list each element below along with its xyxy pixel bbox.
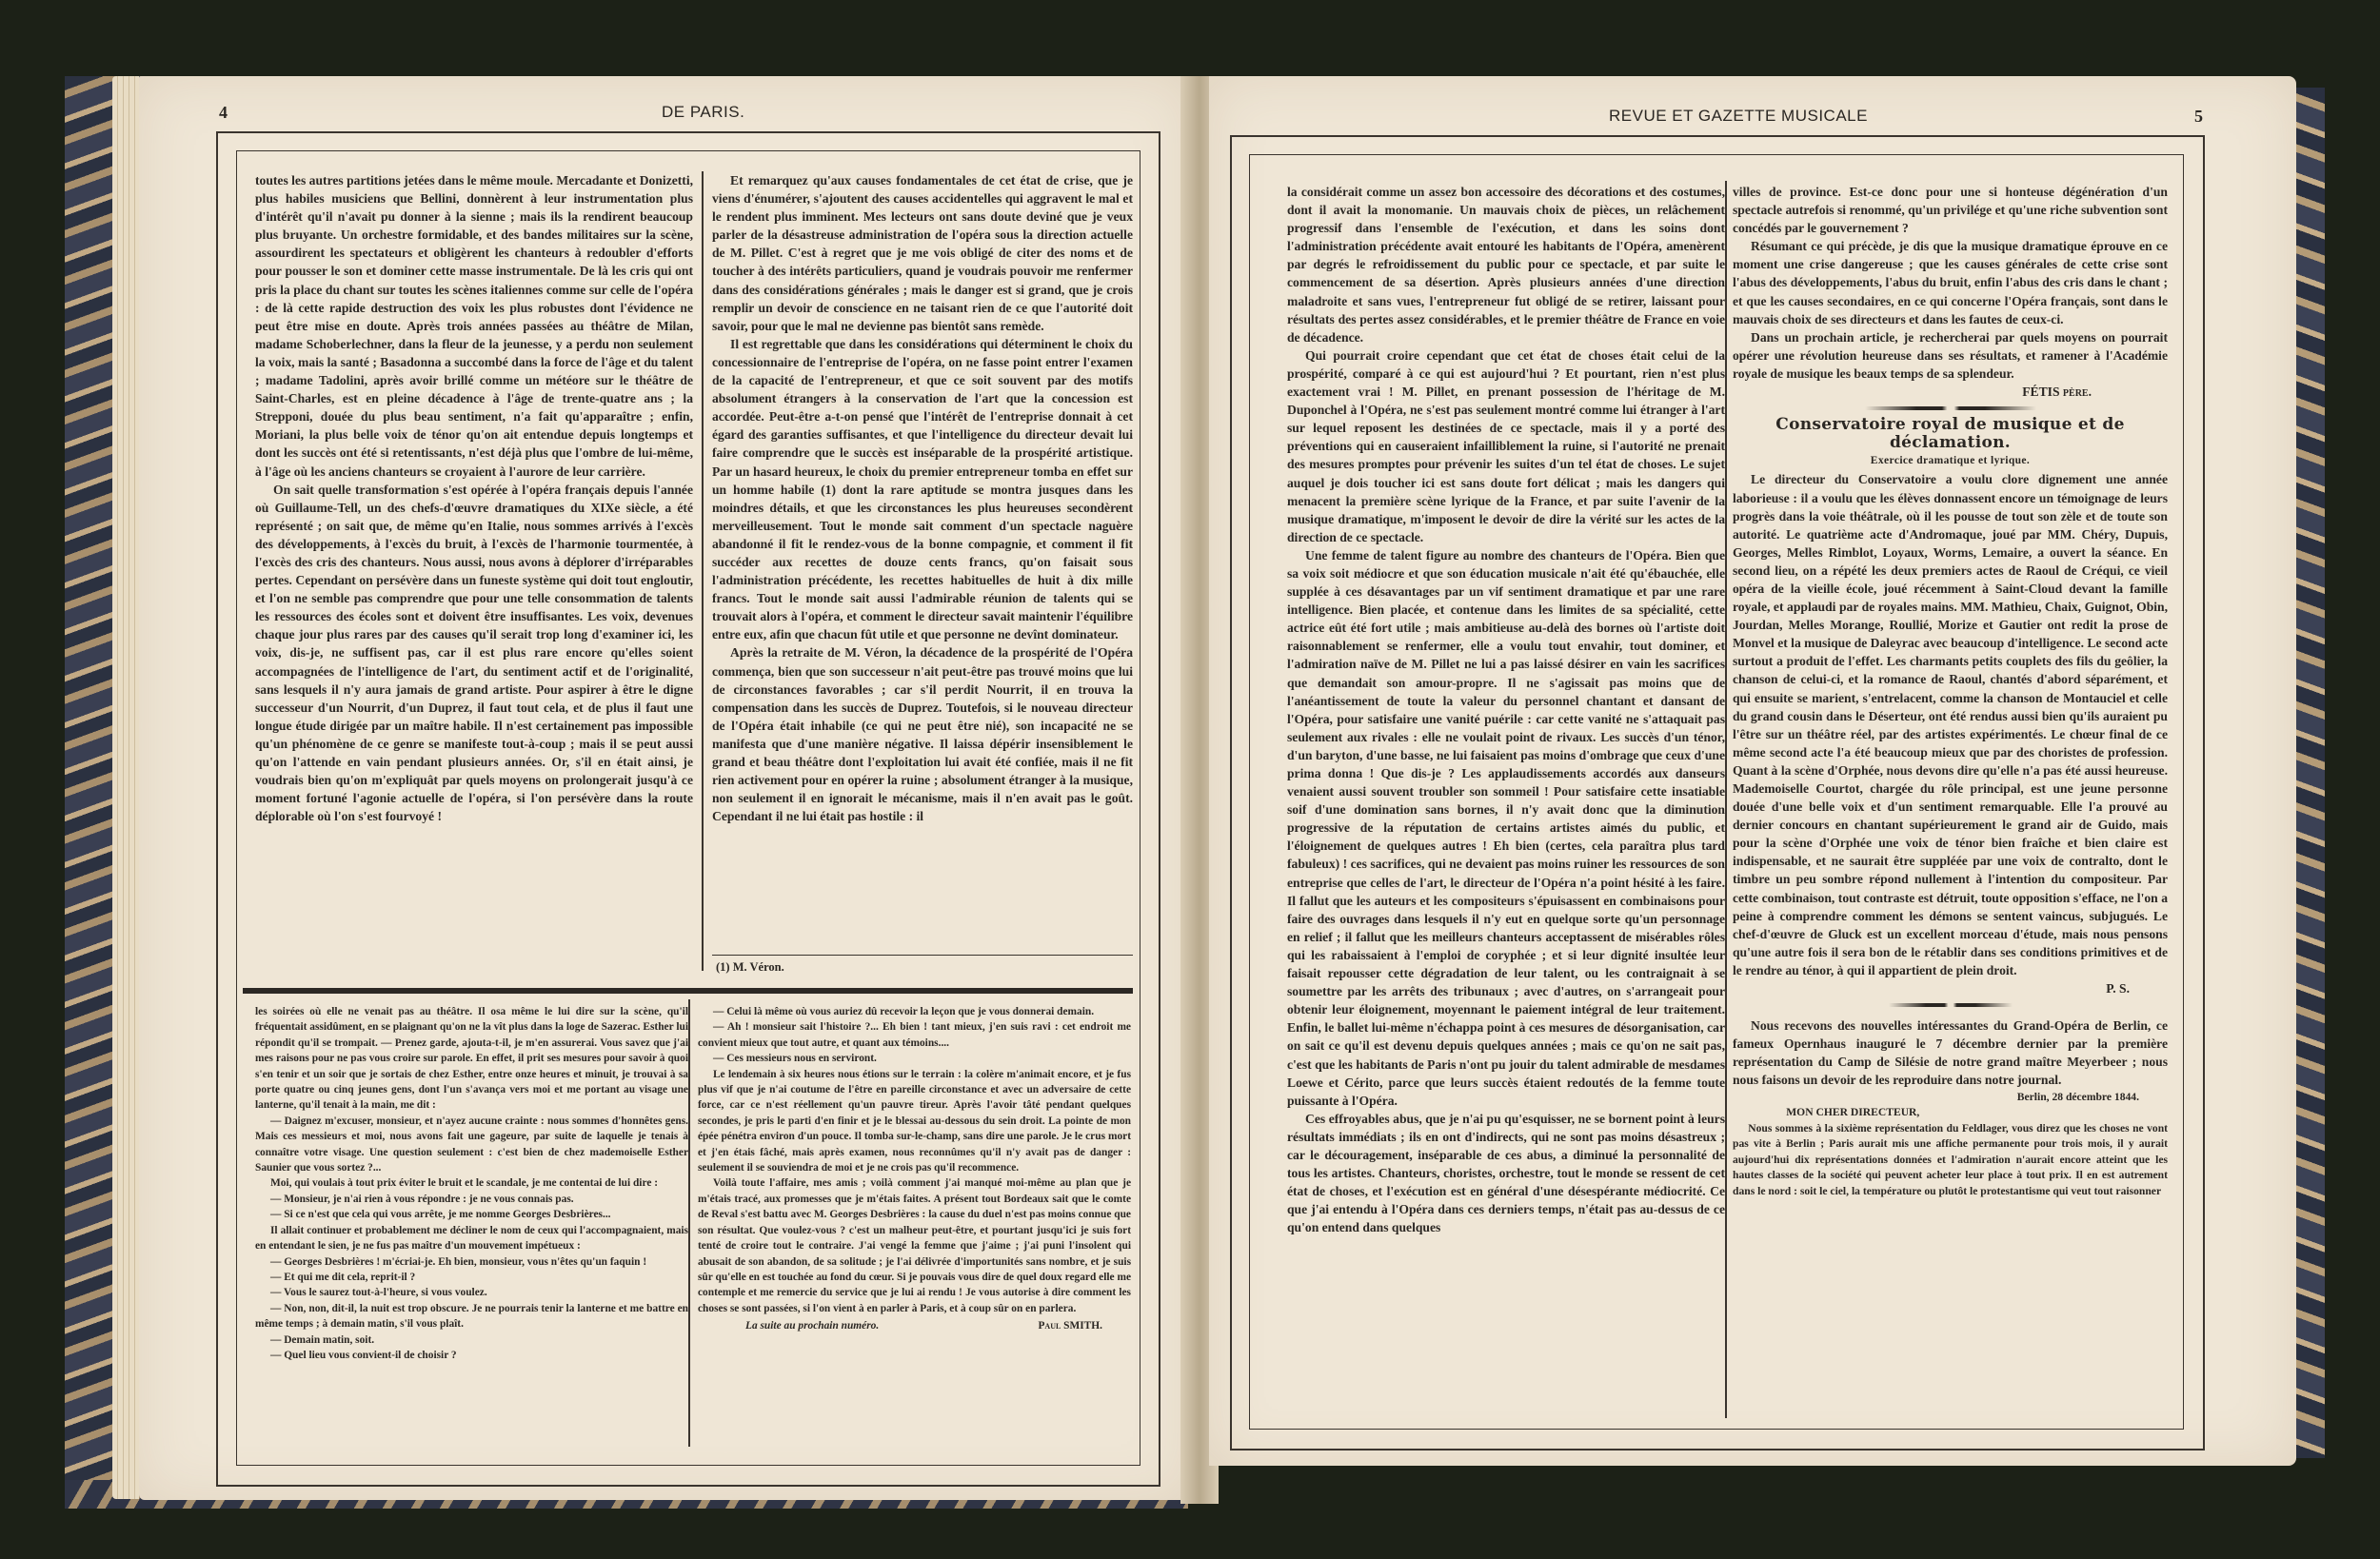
ornamental-rule — [1865, 406, 2036, 410]
paragraph: Et remarquez qu'aux causes fondamentales… — [712, 171, 1133, 335]
paragraph: — Demain matin, soit. — [255, 1332, 688, 1348]
ornamental-rule — [1889, 1003, 2013, 1007]
signature-fetis: FÉTIS père. — [1733, 383, 2168, 401]
right-article-column-1: la considérait comme un assez bon access… — [1287, 183, 1725, 1236]
signature-ps: P. S. — [1733, 979, 2168, 997]
footnote-text: (1) M. Véron. — [716, 958, 1125, 977]
paragraph: Ces effroyables abus, que je n'ai pu qu'… — [1287, 1110, 1725, 1237]
paragraph: les soirées où elle ne venait pas au thé… — [255, 1004, 688, 1114]
paragraph: — Monsieur, je n'ai rien à vous répondre… — [255, 1192, 688, 1207]
left-running-head: DE PARIS. — [662, 103, 744, 122]
right-page-number: 5 — [2194, 107, 2203, 127]
footnote-rule — [712, 955, 1133, 956]
paragraph: — Daignez m'excuser, monsieur, et n'ayez… — [255, 1114, 688, 1176]
paragraph: Nous recevons des nouvelles intéressante… — [1733, 1016, 2168, 1089]
column-divider — [1725, 181, 1727, 1418]
letter-dateline: Berlin, 28 décembre 1844. — [1733, 1090, 2168, 1106]
paragraph: Le lendemain à six heures nous étions su… — [698, 1067, 1131, 1176]
page-edges-stack — [112, 76, 139, 1499]
paragraph: Le directeur du Conservatoire a voulu cl… — [1733, 470, 2168, 979]
paragraph: — Et qui me dit cela, reprit-il ? — [255, 1270, 688, 1285]
left-article-column-2: Et remarquez qu'aux causes fondamentales… — [712, 171, 1133, 825]
paragraph: On sait quelle transformation s'est opér… — [255, 481, 693, 826]
section-title: Conservatoire royal de musique et de déc… — [1733, 416, 2168, 452]
left-page-number: 4 — [219, 103, 228, 123]
book-cover-right-marbled — [2296, 88, 2325, 1458]
continued-notice: La suite au prochain numéro. — [698, 1318, 879, 1333]
feuilleton-column-1: les soirées où elle ne venait pas au thé… — [255, 1004, 688, 1363]
letter-salutation: MON CHER DIRECTEUR, — [1733, 1105, 2168, 1121]
paragraph: — Ces messieurs nous en serviront. — [698, 1051, 1131, 1066]
paragraph: — Georges Desbrières ! m'écriai-je. Eh b… — [255, 1254, 688, 1270]
column-divider — [688, 999, 690, 1447]
column-divider — [702, 171, 704, 971]
paragraph: — Non, non, dit-il, la nuit est trop obs… — [255, 1301, 688, 1332]
paragraph: Résumant ce qui précède, je dis que la m… — [1733, 237, 2168, 327]
paragraph: Une femme de talent figure au nombre des… — [1287, 546, 1725, 1110]
feuilleton-column-2: — Celui là même où vous auriez dû recevo… — [698, 1004, 1131, 1334]
paragraph: — Si ce n'est que cela qui vous arrête, … — [255, 1207, 688, 1222]
author-signature: Paul SMITH. — [1038, 1318, 1131, 1333]
right-article-column-2: villes de province. Est-ce donc pour une… — [1733, 183, 2168, 1200]
paragraph: Après la retraite de M. Véron, la décade… — [712, 643, 1133, 825]
paragraph: Voilà toute l'affaire, mes amis ; voilà … — [698, 1175, 1131, 1316]
left-article-column-1: toutes les autres partitions jetées dans… — [255, 171, 693, 825]
paragraph: — Vous le saurez tout-à-l'heure, si vous… — [255, 1285, 688, 1300]
section-subtitle: Exercice dramatique et lyrique. — [1733, 452, 2168, 470]
paragraph: Il allait continuer et probablement me d… — [255, 1223, 688, 1254]
paragraph: Qui pourrait croire cependant que cet ét… — [1287, 346, 1725, 546]
feuilleton-separator — [243, 988, 1133, 994]
letter-body: Nous sommes à la sixième représentation … — [1733, 1121, 2168, 1200]
right-running-head: REVUE ET GAZETTE MUSICALE — [1609, 107, 1868, 126]
paragraph: Moi, qui voulais à tout prix éviter le b… — [255, 1175, 688, 1191]
footnote: (1) M. Véron. — [716, 958, 1125, 977]
paragraph: la considérait comme un assez bon access… — [1287, 183, 1725, 346]
paragraph: Dans un prochain article, je recherchera… — [1733, 328, 2168, 383]
paragraph: — Celui là même où vous auriez dû recevo… — [698, 1004, 1131, 1019]
paragraph: — Quel lieu vous convient-il de choisir … — [255, 1348, 688, 1363]
paragraph: — Ah ! monsieur sait l'histoire ?... Eh … — [698, 1019, 1131, 1051]
paragraph: villes de province. Est-ce donc pour une… — [1733, 183, 2168, 237]
paragraph: Il est regrettable que dans les considér… — [712, 335, 1133, 644]
paragraph: toutes les autres partitions jetées dans… — [255, 171, 693, 481]
